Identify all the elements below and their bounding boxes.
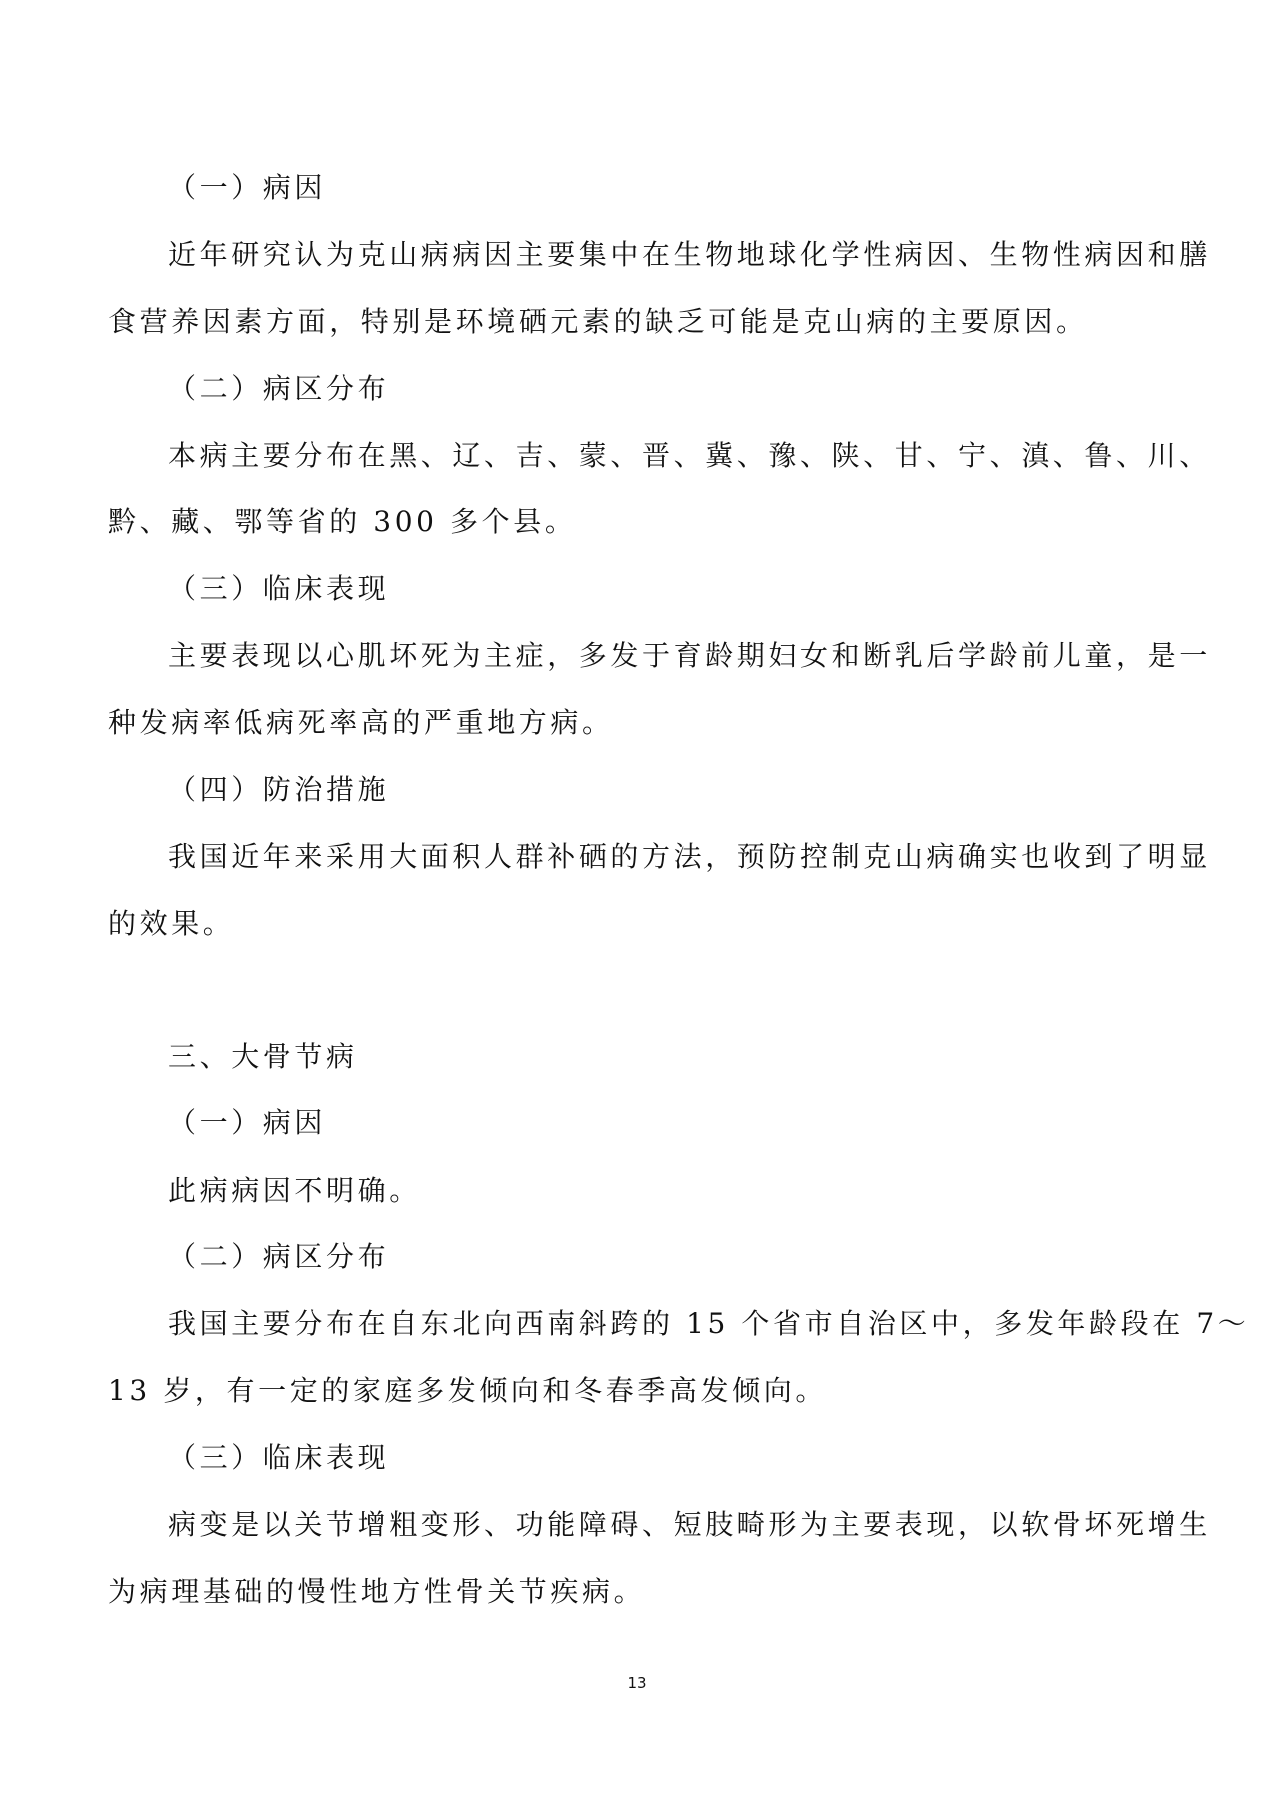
paragraph-line: 我国近年来采用大面积人群补硒的方法，预防控制克山病确实也收到了明显 (168, 837, 1211, 877)
section-heading: （一）病因 (168, 168, 326, 208)
document-page: （一）病因 近年研究认为克山病病因主要集中在生物地球化学性病因、生物性病因和膳 … (0, 0, 1274, 1801)
paragraph-line: 的效果。 (108, 904, 234, 944)
page-number: 13 (0, 1673, 1274, 1693)
chapter-title: 三、大骨节病 (168, 1037, 358, 1077)
section-heading: （二）病区分布 (168, 369, 389, 409)
section-heading: （三）临床表现 (168, 569, 389, 609)
paragraph-line: 病变是以关节增粗变形、功能障碍、短肢畸形为主要表现，以软骨坏死增生 (168, 1505, 1211, 1545)
section-heading: （一）病因 (168, 1103, 326, 1143)
paragraph-line: 主要表现以心肌坏死为主症，多发于育龄期妇女和断乳后学龄前儿童，是一 (168, 636, 1211, 676)
paragraph-line: 食营养因素方面，特别是环境硒元素的缺乏可能是克山病的主要原因。 (108, 302, 1088, 342)
paragraph-line: 为病理基础的慢性地方性骨关节疾病。 (108, 1572, 645, 1612)
paragraph-line: 种发病率低病死率高的严重地方病。 (108, 703, 614, 743)
paragraph-line: 13 岁，有一定的家庭多发倾向和冬春季高发倾向。 (108, 1371, 827, 1411)
paragraph-line: 本病主要分布在黑、辽、吉、蒙、晋、冀、豫、陕、甘、宁、滇、鲁、川、 (168, 436, 1211, 476)
paragraph-line: 黔、藏、鄂等省的 300 多个县。 (108, 502, 576, 542)
paragraph-line: 我国主要分布在自东北向西南斜跨的 15 个省市自治区中，多发年龄段在 7～ (168, 1304, 1249, 1344)
section-heading: （四）防治措施 (168, 770, 389, 810)
section-heading: （三）临床表现 (168, 1438, 389, 1478)
paragraph-line: 近年研究认为克山病病因主要集中在生物地球化学性病因、生物性病因和膳 (168, 235, 1211, 275)
paragraph-line: 此病病因不明确。 (168, 1171, 421, 1211)
section-heading: （二）病区分布 (168, 1237, 389, 1277)
